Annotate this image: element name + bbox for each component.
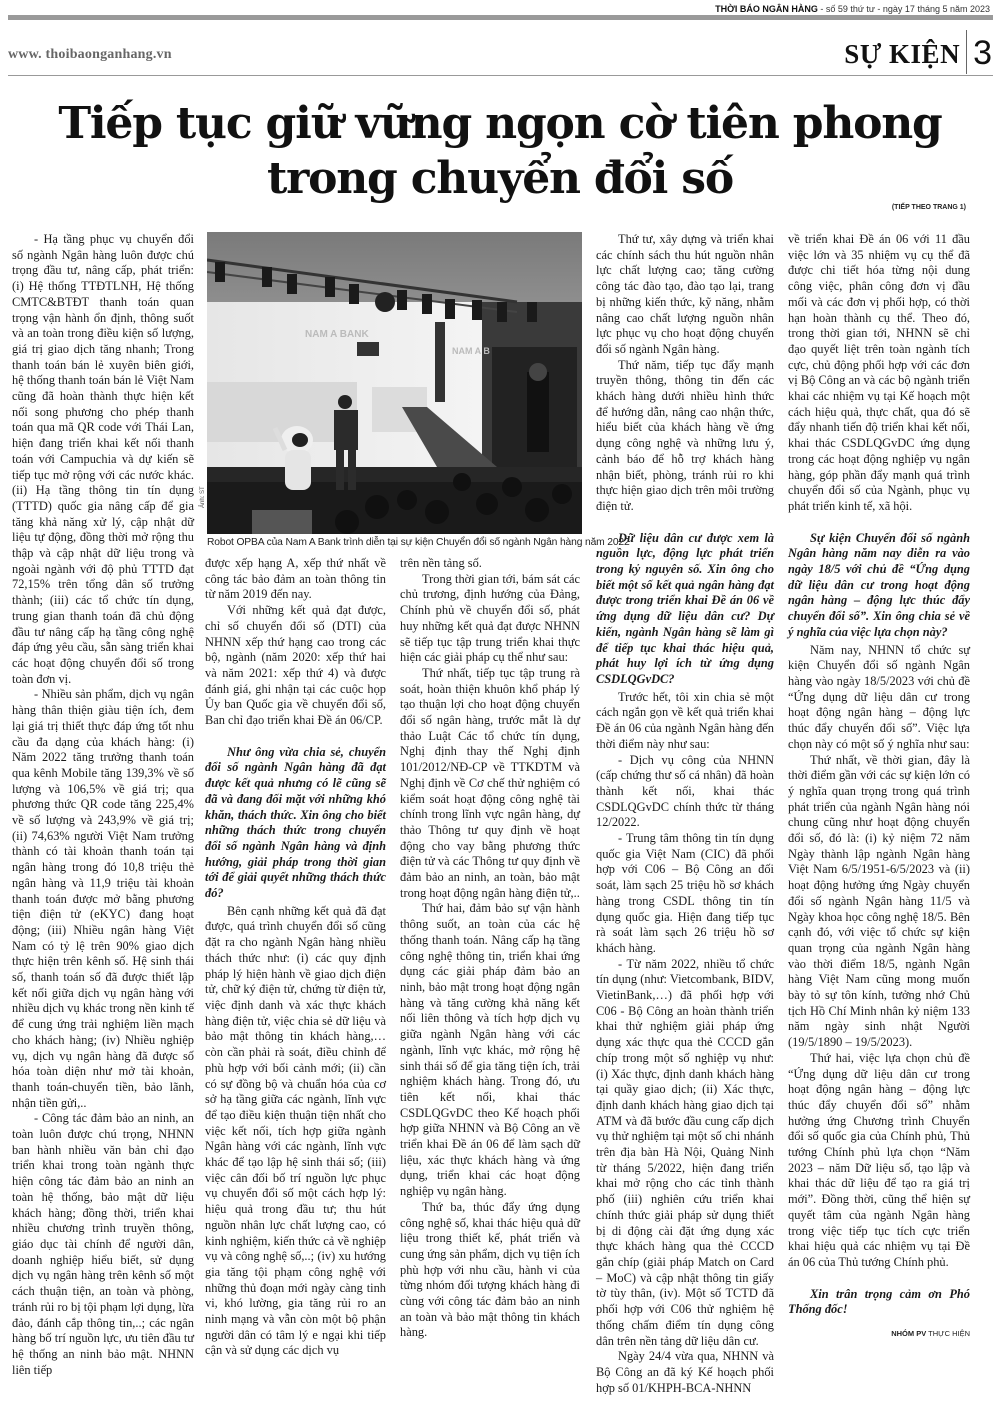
website-url: www. thoibaonganhang.vn — [8, 47, 172, 63]
interview-question: Sự kiện Chuyển đổi số ngành Ngân hàng nă… — [788, 531, 970, 641]
section-name: SỰ KIỆN — [844, 41, 966, 68]
paragraph: trên nền tảng số. — [400, 556, 580, 572]
paragraph: - Hạ tầng phục vụ chuyển đổi số ngành Ng… — [12, 232, 194, 687]
paragraph: Ngày 24/4 vừa qua, NHNN và Bộ Công an đã… — [596, 1349, 774, 1396]
byline-role: THỰC HIỆN — [928, 1329, 970, 1338]
title-line-2: trong chuyển đổi số — [267, 153, 733, 204]
paragraph: - Nhiều sản phẩm, dịch vụ ngân hàng thân… — [12, 687, 194, 1111]
header-bar — [8, 15, 993, 20]
title-line-1: Tiếp tục giữ vững ngọn cờ tiên phong — [58, 98, 941, 149]
column-2: được xếp hạng A, xếp thứ nhất về công tá… — [205, 556, 386, 1359]
byline: NHÓM PV THỰC HIỆN — [788, 1326, 970, 1342]
paragraph: Thứ ba, thúc đẩy ứng dụng công nghệ số, … — [400, 1200, 580, 1341]
byline-group: NHÓM PV — [891, 1329, 926, 1338]
paragraph: về triển khai Đề án 06 với 11 đầu việc l… — [788, 232, 970, 515]
column-5: về triển khai Đề án 06 với 11 đầu việc l… — [788, 232, 970, 1342]
paragraph: Thứ hai, đảm bảo sự vận hành thông suốt,… — [400, 901, 580, 1199]
photo-caption: Robot OPBA của Nam A Bank trình diễn tại… — [207, 537, 587, 548]
masthead-line: THỜI BÁO NGÂN HÀNG - số 59 thứ tư - ngày… — [715, 4, 990, 14]
issue-info: - số 59 thứ tư - ngày 17 tháng 5 năm 202… — [820, 4, 990, 14]
paragraph: Trước hết, tôi xin chia sẻ một cách ngắn… — [596, 690, 774, 753]
stage-event-image: NAM A BANK NAM A B — [207, 232, 582, 534]
interview-question: Như ông vừa chia sẻ, chuyển đổi số ngành… — [205, 745, 386, 902]
paragraph: - Dịch vụ công của NHNN (cấp chứng thư s… — [596, 753, 774, 832]
publication-name: THỜI BÁO NGÂN HÀNG — [715, 4, 818, 14]
column-4: Thứ tư, xây dựng và triển khai các chính… — [596, 232, 774, 1396]
article-photo: NAM A BANK NAM A B — [207, 232, 582, 534]
paragraph: Thứ nhất, tiếp tục tập trung rà soát, ho… — [400, 666, 580, 902]
paragraph: Thứ nhất, về thời gian, đây là thời điểm… — [788, 753, 970, 1051]
paragraph: Trong thời gian tới, bám sát các chủ trư… — [400, 572, 580, 666]
closing-remark: Xin trân trọng cảm ơn Phó Thống đốc! — [788, 1287, 970, 1318]
paragraph: Thứ tư, xây dựng và triển khai các chính… — [596, 232, 774, 358]
screen-text-left: NAM A BANK — [305, 329, 369, 340]
paragraph: - Từ năm 2022, nhiều tổ chức tín dụng (n… — [596, 957, 774, 1350]
page-number: 3 — [967, 36, 992, 70]
paragraph: Với những kết quả đạt được, chỉ số chuyể… — [205, 603, 386, 729]
paragraph: Bên cạnh những kết quả đã đạt được, quá … — [205, 904, 386, 1359]
screen-text-right: NAM A B — [452, 346, 490, 356]
interview-question: Dữ liệu dân cư được xem là nguồn lực, độ… — [596, 531, 774, 688]
paragraph: Thứ hai, việc lựa chọn chủ đề “Ứng dụng … — [788, 1051, 970, 1271]
section-label: SỰ KIỆN 3 — [844, 30, 992, 74]
article-title: Tiếp tục giữ vững ngọn cờ tiên phong tro… — [0, 96, 1000, 206]
header-rule — [8, 75, 993, 76]
continued-from: (TIẾP THEO TRANG 1) — [892, 204, 966, 211]
paragraph: - Trung tâm thông tin tín dụng quốc gia … — [596, 831, 774, 957]
paragraph: Thứ năm, tiếp tục đẩy mạnh truyền thông,… — [596, 358, 774, 515]
column-3: trên nền tảng số. Trong thời gian tới, b… — [400, 556, 580, 1341]
paragraph: được xếp hạng A, xếp thứ nhất về công tá… — [205, 556, 386, 603]
column-1: - Hạ tầng phục vụ chuyển đổi số ngành Ng… — [12, 232, 194, 1378]
paragraph: - Công tác đảm bảo an ninh, an toàn luôn… — [12, 1111, 194, 1378]
paragraph: Năm nay, NHNN tổ chức sự kiện Chuyển đổi… — [788, 643, 970, 753]
photo-credit: Ảnh: ST — [200, 486, 206, 508]
